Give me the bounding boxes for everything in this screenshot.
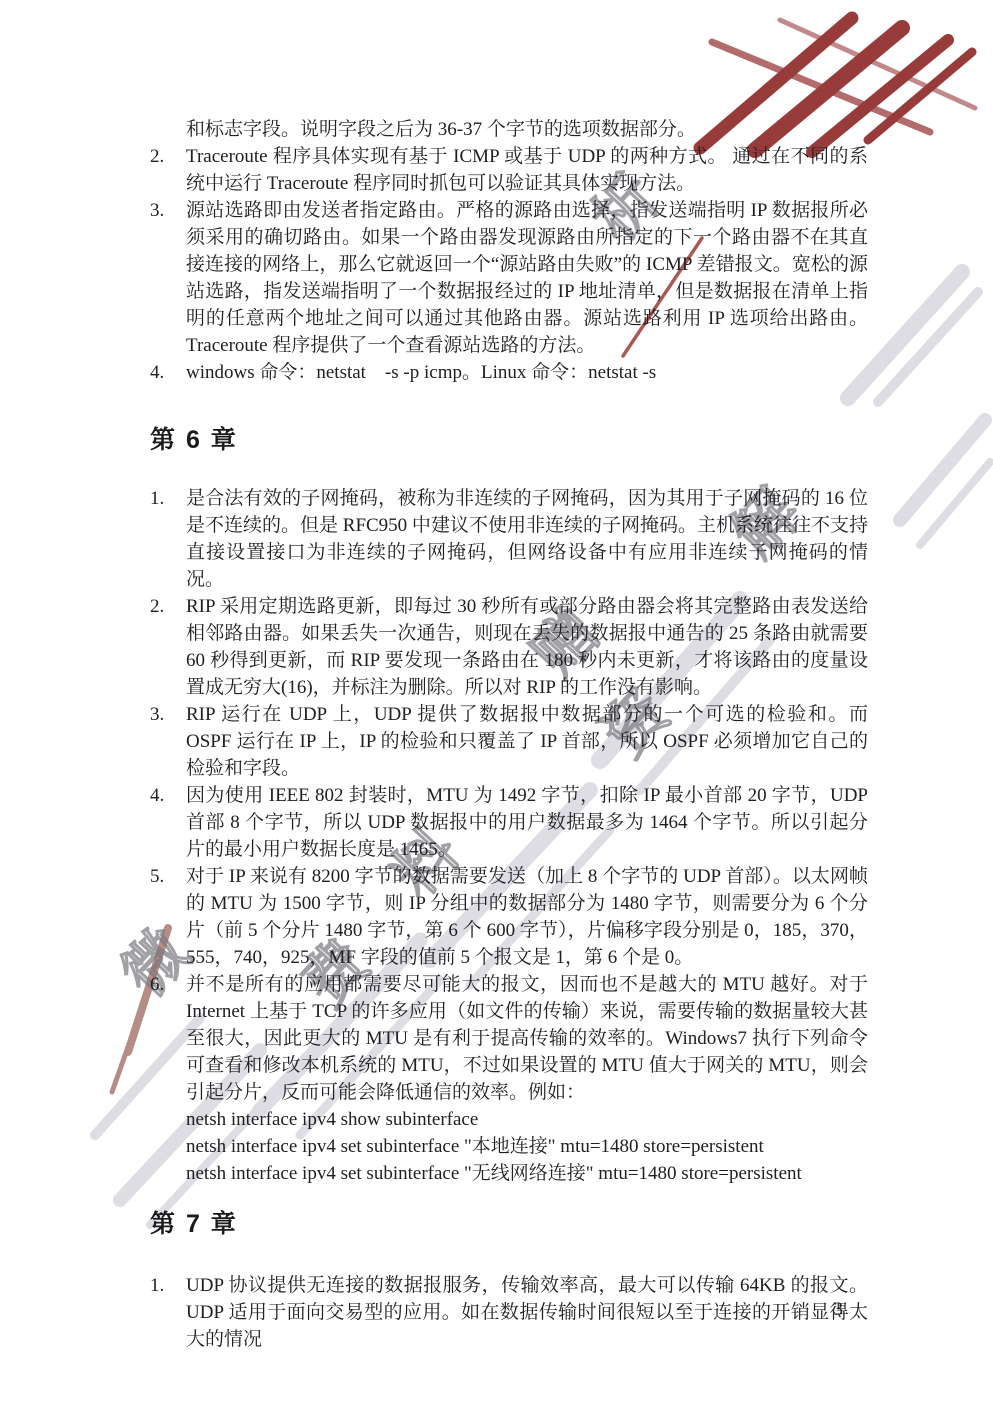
item-text: 和标志字段。说明字段之后为 36-37 个字节的选项数据部分。	[186, 116, 868, 143]
item-text: Traceroute 程序具体实现有基于 ICMP 或基于 UDP 的两种方式。…	[186, 143, 868, 197]
item-number: 2.	[150, 143, 186, 170]
item-number: 5.	[150, 863, 186, 890]
answer-item: 5. 对于 IP 来说有 8200 字节的数据需要发送（加上 8 个字节的 UD…	[150, 863, 868, 971]
answer-item: 1. UDP 协议提供无连接的数据报服务，传输效率高，最大可以传输 64KB 的…	[150, 1272, 868, 1353]
item-text: 因为使用 IEEE 802 封装时，MTU 为 1492 字节，扣除 IP 最小…	[186, 782, 868, 863]
item-number: 2.	[150, 593, 186, 620]
page-number: 3	[834, 1296, 844, 1323]
netsh-command-line: netsh interface ipv4 show subinterface	[186, 1106, 868, 1133]
answer-item: 3. 源站选路即由发送者指定路由。严格的源路由选择，指发送端指明 IP 数据报所…	[150, 197, 868, 359]
answers-content: 和标志字段。说明字段之后为 36-37 个字节的选项数据部分。 2. Trace…	[150, 116, 868, 1353]
netsh-command-line: netsh interface ipv4 set subinterface "无…	[186, 1160, 868, 1187]
answer-item: 4. windows 命令：netstat -s -p icmp。Linux 命…	[150, 359, 868, 386]
item-number: 6.	[150, 971, 186, 998]
item-number: 4.	[150, 782, 186, 809]
item-number: 3.	[150, 701, 186, 728]
item-text: 源站选路即由发送者指定路由。严格的源路由选择，指发送端指明 IP 数据报所必须采…	[186, 197, 868, 359]
answer-item: 2. RIP 采用定期选路更新，即每过 30 秒所有或部分路由器会将其完整路由表…	[150, 593, 868, 701]
item-text: windows 命令：netstat -s -p icmp。Linux 命令：n…	[186, 359, 868, 386]
item-text: RIP 采用定期选路更新，即每过 30 秒所有或部分路由器会将其完整路由表发送给…	[186, 593, 868, 701]
item-number: 1.	[150, 485, 186, 512]
answer-item: 2. Traceroute 程序具体实现有基于 ICMP 或基于 UDP 的两种…	[150, 143, 868, 197]
item-text: RIP 运行在 UDP 上，UDP 提供了数据报中数据部分的一个可选的检验和。而…	[186, 701, 868, 782]
answer-item: 4. 因为使用 IEEE 802 封装时，MTU 为 1492 字节，扣除 IP…	[150, 782, 868, 863]
answer-item: 和标志字段。说明字段之后为 36-37 个字节的选项数据部分。	[150, 116, 868, 143]
answer-item: 1. 是合法有效的子网掩码，被称为非连续的子网掩码，因为其用于子网掩码的 16 …	[150, 485, 868, 593]
item-number: 1.	[150, 1272, 186, 1299]
chapter-7-heading: 第 7 章	[150, 1207, 868, 1241]
answer-item: 6. 并不是所有的应用都需要尽可能大的报文，因而也不是越大的 MTU 越好。对于…	[150, 971, 868, 1106]
item-number: 3.	[150, 197, 186, 224]
item-number: 4.	[150, 359, 186, 386]
answer-item: 3. RIP 运行在 UDP 上，UDP 提供了数据报中数据部分的一个可选的检验…	[150, 701, 868, 782]
chapter-6-heading: 第 6 章	[150, 423, 868, 457]
item-text: 是合法有效的子网掩码，被称为非连续的子网掩码，因为其用于子网掩码的 16 位是不…	[186, 485, 868, 593]
item-text: 并不是所有的应用都需要尽可能大的报文，因而也不是越大的 MTU 越好。对于 In…	[186, 971, 868, 1106]
item-text: 对于 IP 来说有 8200 字节的数据需要发送（加上 8 个字节的 UDP 首…	[186, 863, 868, 971]
item-text: UDP 协议提供无连接的数据报服务，传输效率高，最大可以传输 64KB 的报文。…	[186, 1272, 868, 1353]
document-page: 析 赠 资 料 费 微 解 和标志字段。说明字段之后为 36-37 个字节的选项…	[0, 0, 993, 1404]
netsh-command-line: netsh interface ipv4 set subinterface "本…	[186, 1133, 868, 1160]
